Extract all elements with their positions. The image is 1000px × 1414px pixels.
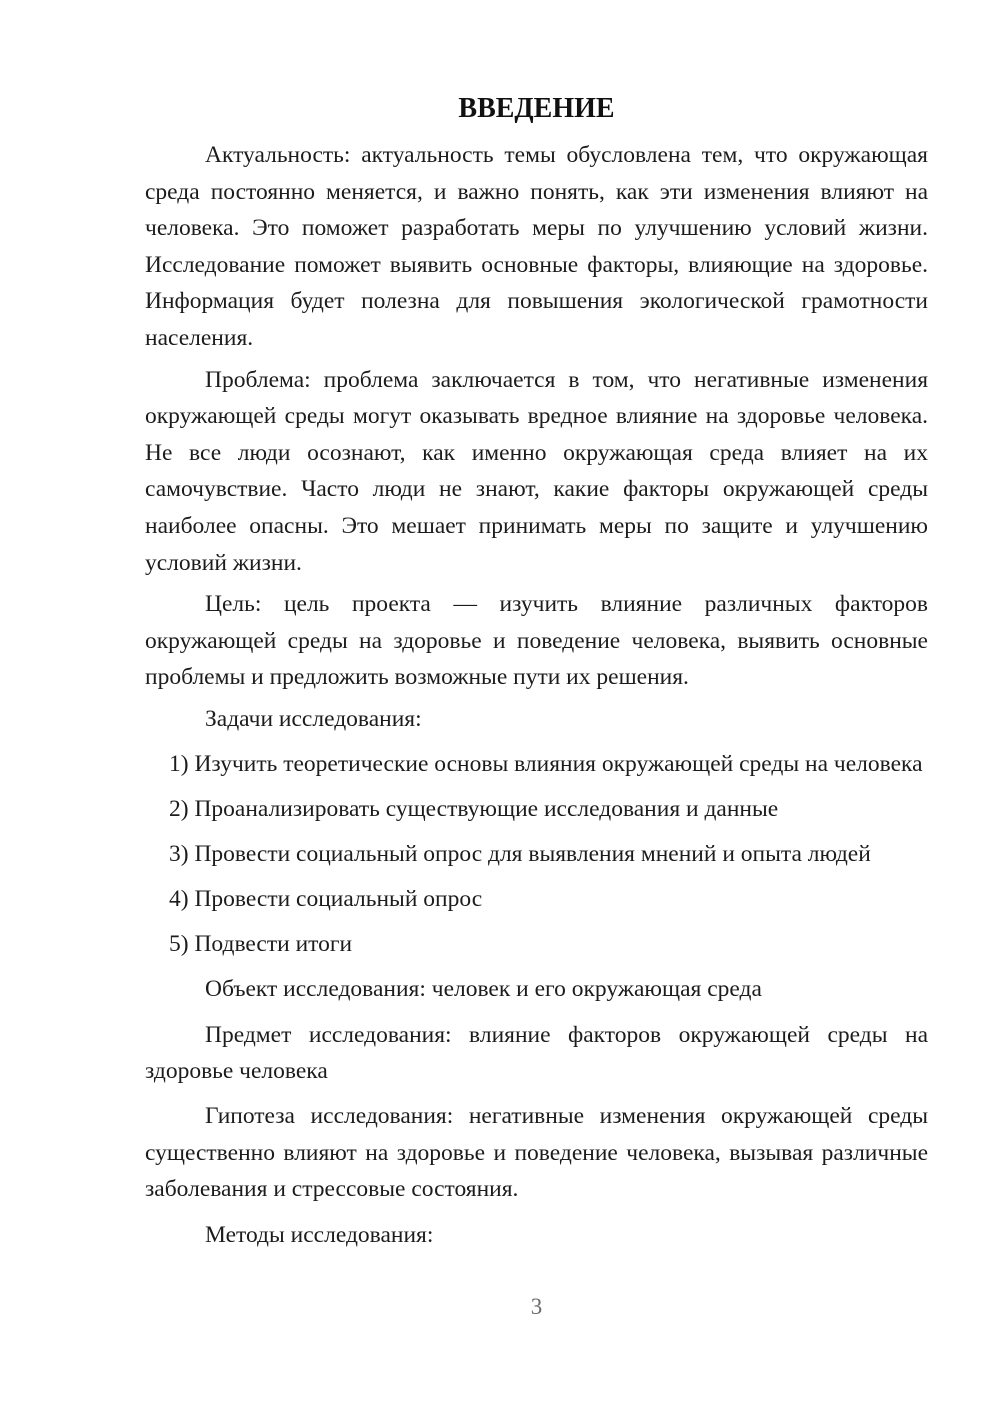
paragraph-relevance: Актуальность: актуальность темы обусловл… bbox=[145, 137, 928, 357]
task-item-2: 2) Проанализировать существующие исследо… bbox=[145, 791, 928, 828]
tasks-heading: Задачи исследования: bbox=[145, 701, 928, 738]
methods-heading: Методы исследования: bbox=[145, 1217, 928, 1254]
paragraph-problem: Проблема: проблема заключается в том, чт… bbox=[145, 362, 928, 582]
paragraph-subject: Предмет исследования: влияние факторов о… bbox=[145, 1017, 928, 1090]
task-item-5: 5) Подвести итоги bbox=[145, 926, 928, 963]
section-title: ВВЕДЕНИЕ bbox=[145, 89, 928, 128]
document-page: ВВЕДЕНИЕ Актуальность: актуальность темы… bbox=[0, 0, 1000, 1414]
paragraph-object: Объект исследования: человек и его окруж… bbox=[145, 971, 928, 1008]
paragraph-hypothesis: Гипотеза исследования: негативные измене… bbox=[145, 1098, 928, 1208]
task-item-1: 1) Изучить теоретические основы влияния … bbox=[145, 746, 928, 783]
task-item-4: 4) Провести социальный опрос bbox=[145, 881, 928, 918]
paragraph-goal: Цель: цель проекта — изучить влияние раз… bbox=[145, 586, 928, 696]
task-item-3: 3) Провести социальный опрос для выявлен… bbox=[145, 836, 928, 873]
page-number: 3 bbox=[145, 1289, 928, 1326]
